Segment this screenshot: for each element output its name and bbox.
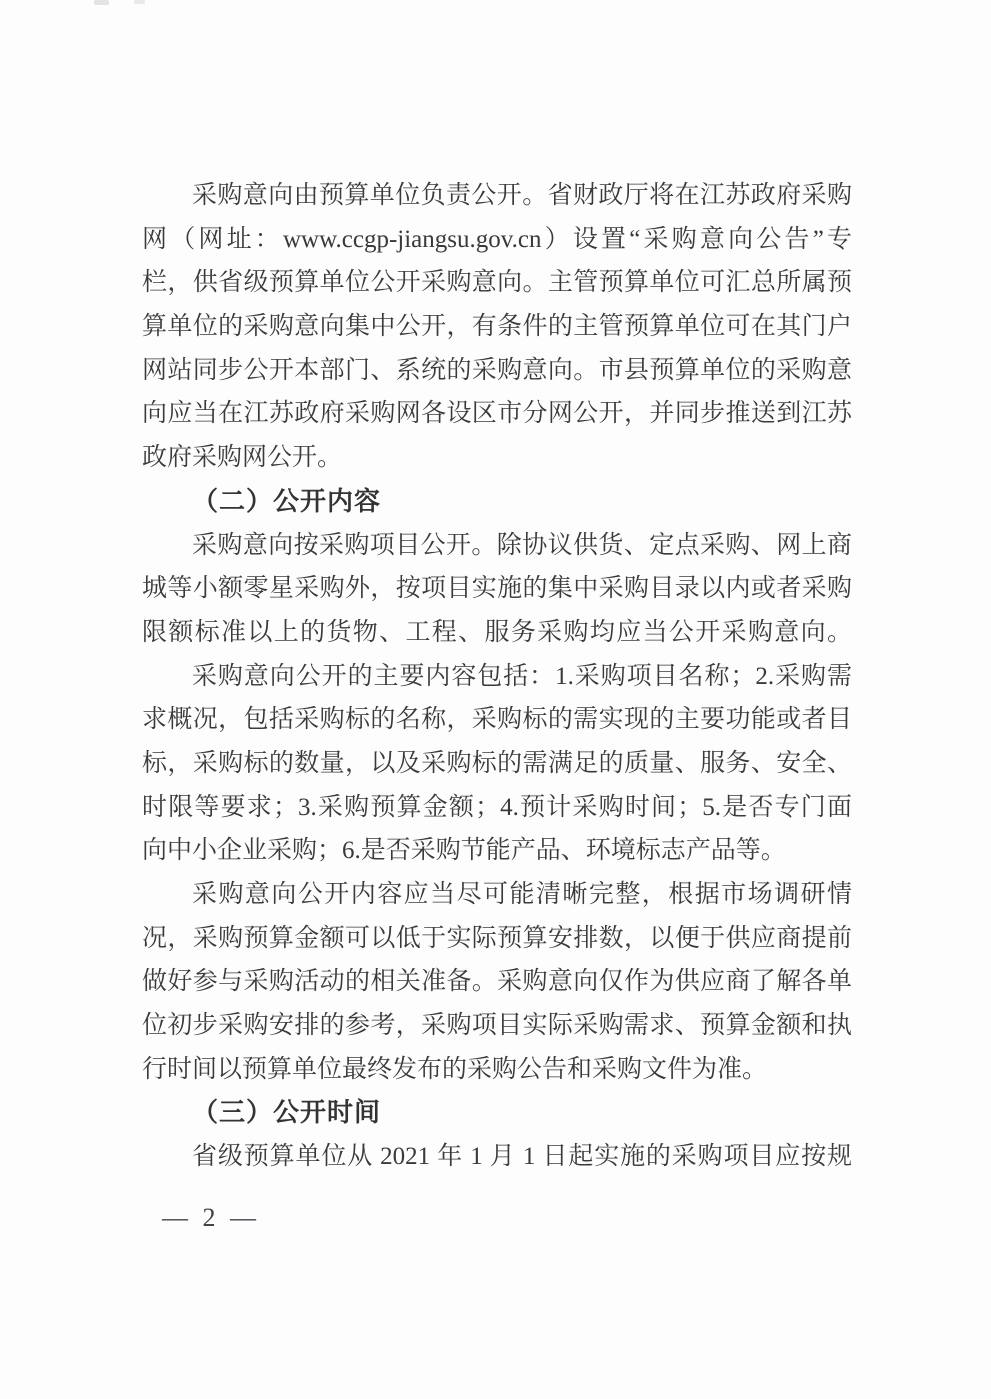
text-line: 政府采购网公开。 — [142, 436, 852, 480]
text-line: 向中小企业采购；6.是否采购节能产品、环境标志产品等。 — [142, 829, 852, 873]
text-line: 做好参与采购活动的相关准备。采购意向仅作为供应商了解各单 — [142, 960, 852, 1004]
text-line: 况，采购预算金额可以低于实际预算安排数，以便于供应商提前 — [142, 917, 852, 961]
text-line: 栏，供省级预算单位公开采购意向。主管预算单位可汇总所属预 — [142, 261, 852, 305]
text-line: 采购意向公开内容应当尽可能清晰完整，根据市场调研情 — [142, 873, 852, 917]
text-line: 采购意向公开的主要内容包括：1.采购项目名称；2.采购需 — [142, 655, 852, 699]
text-line: （二）公开内容 — [142, 480, 852, 524]
scan-artifact — [94, 0, 109, 5]
text-line: 位初步采购安排的参考，采购项目实际采购需求、预算金额和执 — [142, 1004, 852, 1048]
text-line: 采购意向按采购项目公开。除协议供货、定点采购、网上商 — [142, 524, 852, 568]
text-line: 时限等要求；3.采购预算金额；4.预计采购时间；5.是否专门面 — [142, 786, 852, 830]
text-line: 限额标准以上的货物、工程、服务采购均应当公开采购意向。 — [142, 611, 852, 655]
text-line: 行时间以预算单位最终发布的采购公告和采购文件为准。 — [142, 1048, 852, 1092]
text-line: 求概况，包括采购标的名称，采购标的需实现的主要功能或者目 — [142, 698, 852, 742]
scanned-document: { "document": { "colors": { "text": "#3a… — [0, 0, 991, 1399]
document-body: 采购意向由预算单位负责公开。省财政厅将在江苏政府采购网（网址：www.ccgp-… — [142, 174, 852, 1179]
text-line: 网站同步公开本部门、系统的采购意向。市县预算单位的采购意 — [142, 349, 852, 393]
text-line: 网（网址：www.ccgp-jiangsu.gov.cn）设置“采购意向公告”专 — [142, 218, 852, 262]
text-line: （三）公开时间 — [142, 1091, 852, 1135]
text-line: 算单位的采购意向集中公开，有条件的主管预算单位可在其门户 — [142, 305, 852, 349]
scan-artifact — [134, 0, 145, 4]
text-line: 采购意向由预算单位负责公开。省财政厅将在江苏政府采购 — [142, 174, 852, 218]
page-number: — 2 — — [162, 1203, 260, 1233]
text-line: 向应当在江苏政府采购网各设区市分网公开，并同步推送到江苏 — [142, 392, 852, 436]
text-line: 标，采购标的数量，以及采购标的需满足的质量、服务、安全、 — [142, 742, 852, 786]
text-line: 城等小额零星采购外，按项目实施的集中采购目录以内或者采购 — [142, 567, 852, 611]
document-page: 采购意向由预算单位负责公开。省财政厅将在江苏政府采购网（网址：www.ccgp-… — [0, 0, 991, 1399]
text-line: 省级预算单位从 2021 年 1 月 1 日起实施的采购项目应按规 — [142, 1135, 852, 1179]
